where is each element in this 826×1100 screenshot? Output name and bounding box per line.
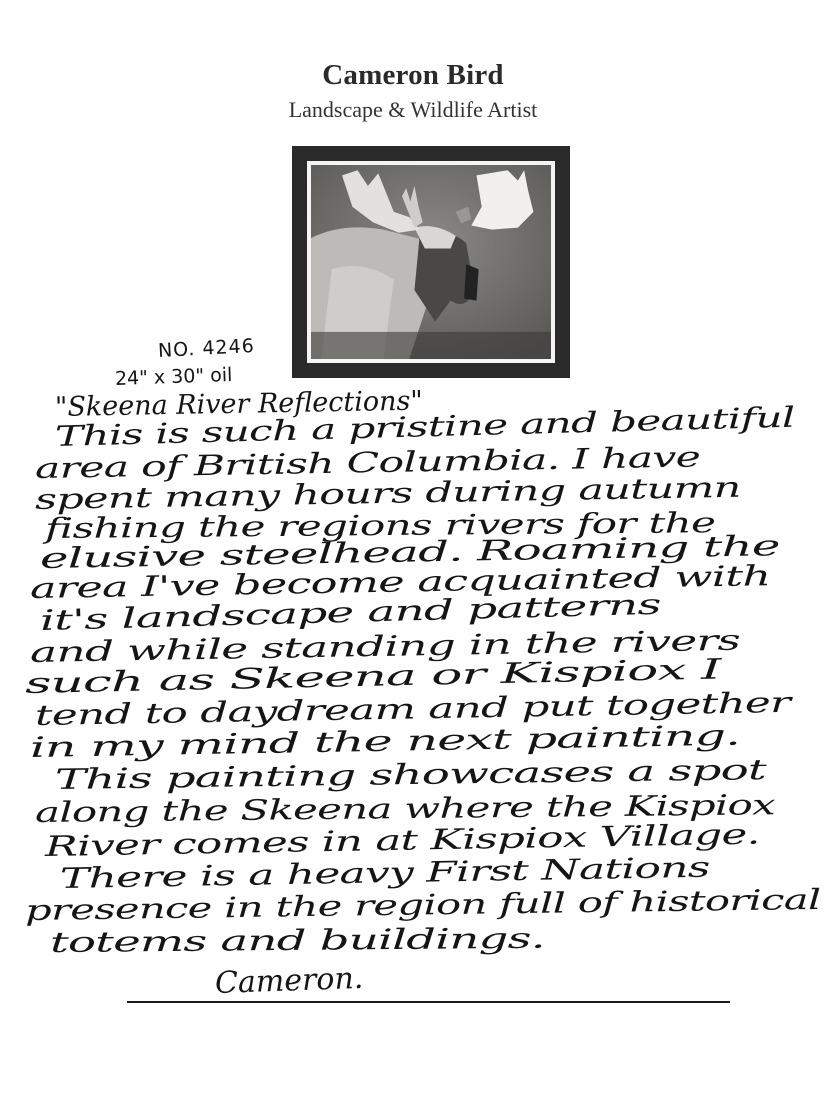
letter-line: totems and buildings. bbox=[50, 922, 545, 959]
artwork-number: NO. 4246 bbox=[157, 335, 255, 362]
artwork-dimensions: 24" x 30" oil bbox=[115, 364, 233, 390]
artist-subtitle: Landscape & Wildlife Artist bbox=[0, 96, 826, 124]
moose-painting-image bbox=[311, 165, 551, 359]
framed-artwork bbox=[292, 146, 570, 378]
signature-rule bbox=[127, 1001, 730, 1003]
signature: Cameron. bbox=[214, 961, 363, 1001]
picture-mat bbox=[307, 161, 555, 363]
artist-name: Cameron Bird bbox=[0, 58, 826, 92]
letterhead: Cameron Bird Landscape & Wildlife Artist bbox=[0, 58, 826, 124]
